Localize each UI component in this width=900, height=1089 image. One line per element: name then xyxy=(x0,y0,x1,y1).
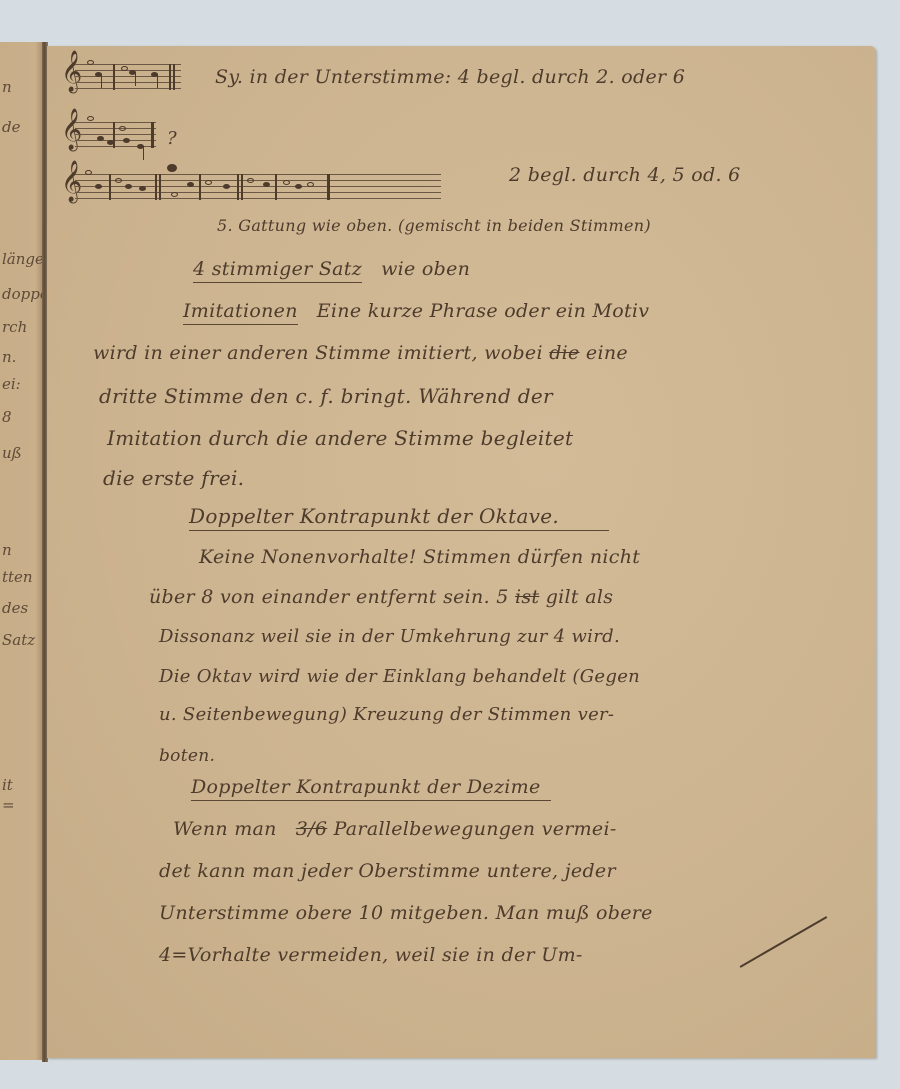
treble-clef-icon: 𝄞 xyxy=(61,164,82,200)
struck-word: 3/6 xyxy=(296,818,327,840)
left-page-fragment: it xyxy=(2,776,13,794)
music-caption-1: Sy. in der Unterstimme: 4 begl. durch 2.… xyxy=(215,66,685,88)
music-caption-3: 2 begl. durch 4, 5 od. 6 xyxy=(509,164,741,186)
left-page-fragment: uß xyxy=(2,444,22,462)
music-staff-3: 𝄞 xyxy=(61,174,441,200)
oktave-heading-line: Doppelter Kontrapunkt der Oktave. xyxy=(189,504,609,528)
struck-word: ist xyxy=(515,586,539,608)
treble-clef-icon: 𝄞 xyxy=(61,54,82,90)
left-page-fragment: Satz xyxy=(2,631,35,649)
section-heading: 4 stimmiger Satz xyxy=(193,258,362,283)
text-line: Wenn man 3/6 Parallelbewegungen vermei- xyxy=(173,818,617,840)
text-line: Imitation durch die andere Stimme beglei… xyxy=(107,426,573,450)
text-line: wird in einer anderen Stimme imitiert, w… xyxy=(93,342,628,364)
left-page-fragment: des xyxy=(2,599,28,617)
manuscript-page: 𝄞 Sy. in der Unterstimme: 4 begl. durch … xyxy=(47,46,876,1058)
left-page-fragment: 8 xyxy=(2,408,12,426)
left-page-fragment: tten xyxy=(2,568,33,586)
text-line: Keine Nonenvorhalte! Stimmen dürfen nich… xyxy=(199,546,640,568)
text-line: u. Seitenbewegung) Kreuzung der Stimmen … xyxy=(159,704,614,725)
imitationen-heading-line: Imitationen Eine kurze Phrase oder ein M… xyxy=(183,300,649,322)
section-heading: Doppelter Kontrapunkt der Dezime xyxy=(191,776,551,801)
left-page-fragment: n. xyxy=(2,348,16,366)
struck-word: die xyxy=(549,342,579,364)
music-question-mark: ? xyxy=(167,128,177,149)
music-staff-1: 𝄞 xyxy=(61,64,181,90)
left-page-fragment: n xyxy=(2,78,12,96)
text-line: 4=Vorhalte vermeiden, weil sie in der Um… xyxy=(159,944,583,966)
text-line: det kann man jeder Oberstimme untere, je… xyxy=(159,860,616,882)
dezime-heading-line: Doppelter Kontrapunkt der Dezime xyxy=(191,776,551,798)
text-line: Dissonanz weil sie in der Umkehrung zur … xyxy=(159,626,620,647)
left-page-fragment: länge xyxy=(2,250,44,268)
text-line: Die Oktav wird wie der Einklang behandel… xyxy=(159,666,640,687)
text-line: dritte Stimme den c. f. bringt. Während … xyxy=(99,384,553,408)
text-line: über 8 von einander entfernt sein. 5 ist… xyxy=(149,586,613,608)
treble-clef-icon: 𝄞 xyxy=(61,112,82,148)
left-page-fragment: n xyxy=(2,541,12,559)
left-page-fragment: de xyxy=(2,118,20,136)
left-page-fragment: rch xyxy=(2,318,27,336)
music-staff-2: 𝄞 xyxy=(61,122,156,148)
gattung-line: 5. Gattung wie oben. (gemischt in beiden… xyxy=(217,216,651,235)
section-heading: Imitationen xyxy=(183,300,298,325)
text-line: boten. xyxy=(159,746,215,766)
left-page-fragment: = xyxy=(2,796,15,814)
left-page-fragment: ei: xyxy=(2,375,21,393)
text-line: Unterstimme obere 10 mitgeben. Man muß o… xyxy=(159,902,653,924)
left-page-fragment: doppe xyxy=(2,285,44,303)
left-page-edge: ndelängedopperchn.ei:8ußnttendesSatzit= xyxy=(0,42,44,1060)
vierstimmiger-satz-line: 4 stimmiger Satz wie oben xyxy=(193,258,470,280)
section-heading: Doppelter Kontrapunkt der Oktave. xyxy=(189,504,609,531)
end-slash-mark xyxy=(740,916,827,967)
text-line: die erste frei. xyxy=(103,466,244,490)
